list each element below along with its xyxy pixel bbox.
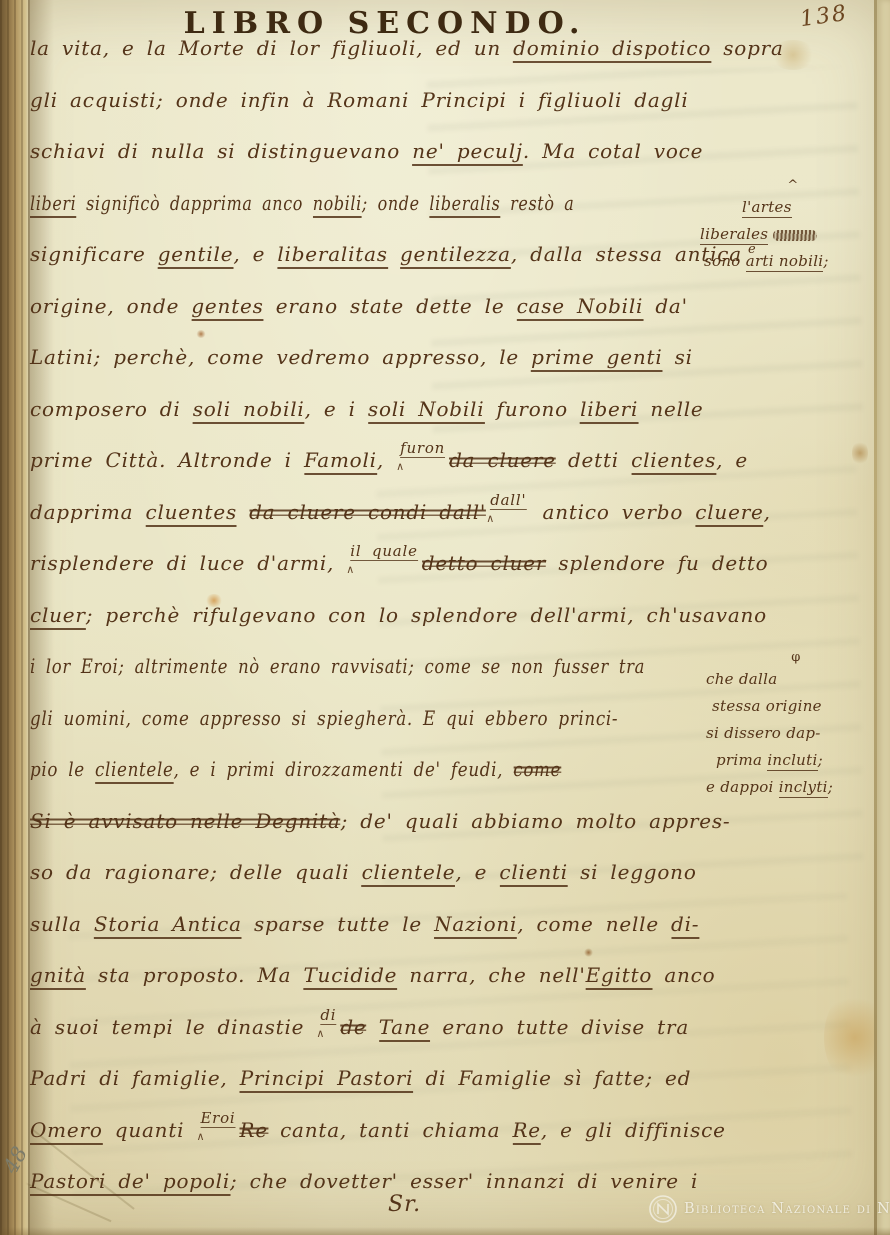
margin-note-line: l'artes [700, 194, 886, 221]
note-reference-mark: φ [706, 652, 886, 666]
text-segment: che dalla [706, 670, 778, 688]
underlined-word: inclyti [779, 778, 828, 798]
underlined-word: cluere [695, 500, 763, 527]
text-segment: ; de' quali abbiamo molto appres- [341, 809, 731, 833]
manuscript-line: origine, onde gentes erano state dette l… [30, 294, 866, 346]
underlined-word: clientes [631, 448, 716, 475]
margin-note-line: liberales [700, 221, 886, 248]
struck-out-word: Si è avvisato nelle Degnità [30, 809, 341, 833]
manuscript-line: so da ragionare; delle quali clientele, … [30, 860, 866, 912]
underlined-word: Tane [379, 1015, 431, 1042]
margin-note-line: e dappoi inclyti; [706, 774, 886, 801]
text-segment: erano state dette le [264, 294, 517, 318]
manuscript-page-scan: LIBRO SECONDO. 138 la vita, e la Morte d… [0, 0, 890, 1235]
underlined-word: l'artes [742, 198, 792, 218]
text-segment: . Ma cotal voce [523, 139, 703, 163]
manuscript-line: dapprima cluentes da cluere condi dall'd… [30, 500, 866, 552]
underlined-word: clienti [499, 860, 568, 887]
ink-blot [773, 230, 817, 241]
text-segment: erano tutte divise tra [430, 1015, 689, 1039]
manuscript-line: Latini; perchè, come vedremo appresso, l… [30, 345, 866, 397]
manuscript-line: la vita, e la Morte di lor figliuoli, ed… [30, 36, 866, 88]
text-segment: ; [823, 252, 828, 270]
text-segment: dapprima [30, 500, 145, 524]
underlined-word: case Nobili [517, 294, 644, 321]
text-segment: ; onde [362, 191, 429, 215]
interlinear-insertion: il quale [350, 542, 417, 561]
underlined-word: liberi [30, 191, 76, 218]
margin-note-line: si dissero dap- [706, 720, 886, 747]
struck-out-word: come [513, 757, 561, 781]
manuscript-line: cluer; perchè rifulgevano con lo splendo… [30, 603, 866, 655]
text-segment: , e i primi dirozzamenti de' feudi, [174, 757, 514, 781]
text-segment: narra, che nell' [397, 963, 585, 987]
interlinear-insertion: Eroi [200, 1109, 235, 1128]
underlined-word: di- [671, 912, 699, 939]
text-segment: gli uomini, come appresso si spiegherà. … [30, 706, 618, 730]
manuscript-line: i lor Eroi; altrimente nò erano ravvisat… [30, 654, 718, 706]
text-segment: furono [484, 397, 580, 421]
manuscript-line: liberi significò dapprima anco nobili; o… [30, 191, 698, 243]
text-segment: splendore fu detto [546, 551, 768, 575]
text-segment [237, 500, 249, 524]
underlined-word: clientele [362, 860, 456, 887]
underlined-word: liberalitas [277, 242, 387, 269]
text-segment: , e [233, 242, 277, 266]
underlined-word: gnità [30, 963, 86, 990]
underlined-word: prime genti [531, 345, 662, 372]
manuscript-line: prime Città. Altronde i Famoli, furonda … [30, 448, 866, 500]
text-segment: canta, tanti chiama [268, 1118, 513, 1142]
text-segment: sta proposto. Ma [86, 963, 304, 987]
underlined-word: Principi Pastori [240, 1066, 414, 1093]
text-segment: ; perchè rifulgevano con lo splendore de… [86, 603, 767, 627]
manuscript-line: gnità sta proposto. Ma Tucidide narra, c… [30, 963, 866, 1015]
manuscript-line: Si è avvisato nelle Degnità; de' quali a… [30, 809, 866, 861]
underlined-word: incluti [767, 751, 817, 771]
underlined-word: Pastori de' popoli [30, 1169, 230, 1196]
text-segment: nelle [638, 397, 703, 421]
text-segment: e dappoi [706, 778, 779, 796]
manuscript-line: composero di soli nobili, e i soli Nobil… [30, 397, 866, 449]
struck-out-word: da cluere condi dall' [249, 500, 486, 524]
text-segment: sparse tutte le [242, 912, 434, 936]
margin-note-line: prima incluti; [706, 747, 886, 774]
margin-note-liberales: ^l'artesliberalessono arti nobili; [700, 180, 886, 275]
text-segment: anco [652, 963, 715, 987]
text-segment: si leggono [568, 860, 697, 884]
underlined-word: Egitto [586, 963, 653, 990]
text-segment: ; [828, 778, 833, 796]
underlined-word: soli nobili [193, 397, 305, 424]
underlined-word: nobili [313, 191, 362, 218]
text-segment: , e gli diffinisce [541, 1118, 726, 1142]
text-segment: sopra [711, 36, 784, 60]
text-segment: Padri di famiglie, [30, 1066, 240, 1090]
manuscript-line: Padri di famiglie, Principi Pastori di F… [30, 1066, 866, 1118]
underlined-word: liberales [700, 225, 768, 245]
text-segment: da' [643, 294, 688, 318]
underlined-word: gentilezza [400, 242, 511, 269]
text-segment: detti [556, 448, 631, 472]
interlinear-insertion: dall' [490, 491, 526, 510]
struck-out-word: detto cluer [422, 551, 546, 575]
text-segment [388, 242, 400, 266]
text-segment: composero di [30, 397, 193, 421]
text-segment: pio le [30, 757, 95, 781]
underlined-word: gentes [191, 294, 263, 321]
text-segment: Latini; perchè, come vedremo appresso, l… [30, 345, 531, 369]
underlined-word: Storia Antica [94, 912, 242, 939]
text-segment: prime Città. Altronde i [30, 448, 304, 472]
text-segment: prima [716, 751, 767, 769]
text-segment: quanti [103, 1118, 197, 1142]
struck-out-word: de [340, 1015, 366, 1039]
text-segment: restò a [500, 191, 574, 215]
text-segment: ; che dovetter' esser' innanzi di venire… [230, 1169, 698, 1193]
underlined-word: Re [512, 1118, 540, 1145]
text-segment: ; [818, 751, 823, 769]
text-segment [367, 1015, 379, 1039]
text-segment: sono [704, 252, 746, 270]
text-segment: , [377, 448, 396, 472]
struck-out-word: Re [240, 1118, 268, 1142]
margin-note-incluti: φche dallastessa originesi dissero dap-p… [706, 652, 886, 801]
manuscript-line: risplendere di luce d'armi, il qualedett… [30, 551, 866, 603]
underlined-word: cluentes [145, 500, 237, 527]
text-segment: sulla [30, 912, 94, 936]
text-segment: significare [30, 242, 158, 266]
underlined-word: liberalis [429, 191, 500, 218]
text-segment: risplendere di luce d'armi, [30, 551, 346, 575]
text-segment: stessa origine [712, 697, 822, 715]
underlined-word: soli Nobili [368, 397, 485, 424]
text-segment: gli acquisti; onde infin à Romani Princi… [30, 88, 689, 112]
text-segment: origine, onde [30, 294, 191, 318]
manuscript-line: gli uomini, come appresso si spiegherà. … [30, 706, 730, 758]
manuscript-line: gli acquisti; onde infin à Romani Princi… [30, 88, 866, 140]
interlinear-insertion: furon [400, 439, 445, 458]
underlined-word: cluer [30, 603, 86, 630]
text-segment: la vita, e la Morte di lor figliuoli, ed… [30, 36, 513, 60]
manuscript-line: sulla Storia Antica sparse tutte le Nazi… [30, 912, 866, 964]
text-segment: , e [716, 448, 748, 472]
binding-gutter-edge [0, 0, 30, 1235]
note-reference-mark: ^ [700, 180, 886, 194]
folio-number: 138 [798, 1, 849, 32]
text-segment: , e [455, 860, 499, 884]
text-segment: si dissero dap- [706, 724, 821, 742]
text-segment: , come nelle [517, 912, 671, 936]
text-segment: i lor Eroi; altrimente nò erano ravvisat… [30, 654, 645, 678]
underlined-word: gentile [158, 242, 234, 269]
text-segment: , [764, 500, 771, 524]
margin-note-line: che dalla [706, 666, 886, 693]
underlined-word: dominio dispotico [513, 36, 711, 63]
text-segment: significò dapprima anco [76, 191, 312, 215]
catchword: Sr. [388, 1192, 421, 1217]
underlined-word: Famoli [304, 448, 377, 475]
margin-note-line: stessa origine [706, 693, 886, 720]
text-segment: schiavi di nulla si distinguevano [30, 139, 412, 163]
text-segment: à suoi tempi le dinastie [30, 1015, 316, 1039]
text-segment: si [663, 345, 693, 369]
underlined-word: Tucidide [303, 963, 397, 990]
library-watermark-text: Biblioteca Nazionale di Napoli [684, 1201, 890, 1217]
underlined-word: Nazioni [434, 912, 517, 939]
manuscript-line: Omero quanti EroiRe canta, tanti chiama … [30, 1118, 866, 1170]
bnn-monogram-icon [648, 1194, 678, 1224]
page-bottom-edge [0, 1227, 890, 1235]
library-watermark: Biblioteca Nazionale di Napoli [648, 1194, 890, 1224]
margin-note-line: sono arti nobili; [700, 248, 886, 275]
underlined-word: Omero [30, 1118, 103, 1145]
struck-out-word: da cluere [449, 448, 556, 472]
text-segment: so da ragionare; delle quali [30, 860, 362, 884]
interlinear-insertion: di [320, 1006, 336, 1025]
manuscript-line: à suoi tempi le dinastie dide Tane erano… [30, 1015, 866, 1067]
underlined-word: arti nobili [746, 252, 824, 272]
text-segment: , e i [305, 397, 368, 421]
text-segment: di Famiglie sì fatte; ed [413, 1066, 691, 1090]
text-segment: antico verbo [530, 500, 695, 524]
underlined-word: clientele [95, 757, 174, 784]
manuscript-line: pio le clientele, e i primi dirozzamenti… [30, 757, 730, 809]
underlined-word: ne' peculj [412, 139, 523, 166]
underlined-word: liberi [580, 397, 638, 424]
